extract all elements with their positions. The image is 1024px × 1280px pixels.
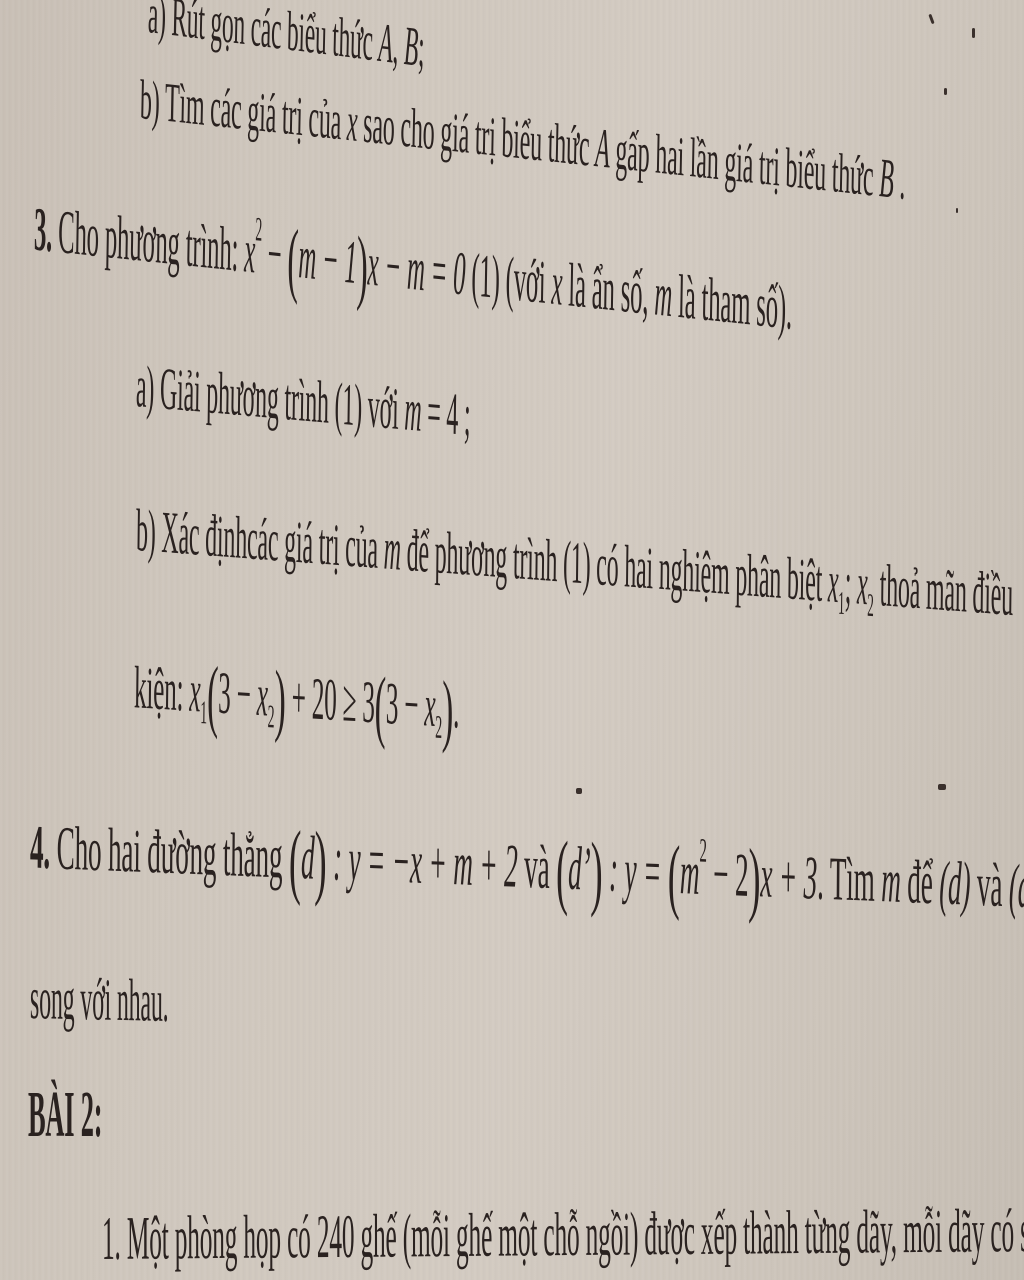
punctuation: ; [417, 17, 425, 80]
line-text: để phương trình (1) có hai nghiệm phân b… [400, 517, 828, 615]
left-paren: ( [207, 650, 219, 741]
problem-number: 4. [30, 813, 51, 882]
equation-op: − [261, 219, 288, 290]
var-b: B [879, 147, 895, 210]
equation-label: (1) [465, 241, 506, 313]
punctuation: . [893, 149, 906, 212]
right-paren: ) [590, 826, 603, 919]
line-d-prime: (d’) [1009, 852, 1024, 922]
paper-speck [576, 788, 582, 794]
var-m: m [404, 376, 422, 443]
line-text: 1. Một phòng họp có 240 ghế (mỗi ghế một… [102, 1197, 1024, 1273]
var-m: m [680, 839, 700, 908]
part-b-find-x-line: b) Tìm các giá trị của x sao cho giá trị… [139, 72, 905, 209]
line-text: sao cho giá trị biểu thức [357, 92, 596, 179]
var-x2: x [857, 551, 868, 618]
part-a-simplify-line: a) Rút gọn các biểu thức A, B; [147, 0, 425, 76]
var-m: m [654, 260, 673, 330]
problem-4-statement: 4. Cho hai đường thẳng (d) : y = −x + m … [30, 808, 1024, 935]
problem-3-statement: 3. Cho phương trình: x2 − (m − 1)x − m =… [33, 190, 792, 353]
paper-speck [972, 28, 975, 38]
section-heading: BÀI 2: [28, 1082, 102, 1148]
var-x1: x [828, 548, 839, 615]
line-text: kiện: [134, 654, 190, 723]
equation-rest: x − m = 0 [367, 230, 466, 308]
equation-d-prime: : y = [602, 836, 668, 907]
conjunction: và [970, 851, 1009, 921]
left-paren: ( [287, 212, 299, 306]
paper-speck [956, 208, 958, 213]
right-paren: ) [274, 654, 286, 745]
var-m: m [881, 847, 901, 916]
right-paren: ) [748, 832, 761, 925]
inequality: + 20 ≥ 3 [285, 664, 375, 736]
line-text: để [900, 848, 939, 918]
note-text: là ẩn số, [562, 251, 655, 329]
note-text: (với [505, 245, 552, 318]
paper-speck [928, 14, 934, 24]
equation-var: x [244, 217, 256, 286]
equation-inner: 3 − [386, 670, 425, 738]
line-text: Cho phương trình: [52, 197, 245, 285]
line-text: a) Giải phương trình (1) với [136, 353, 405, 442]
line-text: b) Tìm các giá trị của [139, 69, 347, 153]
var-b: B [403, 15, 419, 79]
separator: ; [844, 550, 857, 617]
note-text: là tham số). [672, 262, 793, 343]
equation-inner: 3 − [218, 660, 257, 728]
equation-inner: m − 1 [298, 223, 358, 297]
var-m: m [383, 515, 401, 582]
line-d: (d) [939, 849, 971, 918]
equation-inner: − 2 [706, 840, 748, 910]
left-paren: ( [289, 814, 302, 907]
var-x2: x [424, 672, 436, 739]
line-d-prime: d’ [568, 835, 591, 904]
bai-2-problem-1: 1. Một phòng họp có 240 ghế (mỗi ghế một… [102, 1200, 1024, 1270]
problem-3b-condition: kiện: x1(3 − x2) + 20 ≥ 3(3 − x2). [134, 650, 460, 751]
var-x2: x [256, 662, 268, 729]
problem-number: 3. [33, 195, 52, 265]
var-x1: x [189, 658, 201, 725]
equation-rest: x + 3 [760, 842, 817, 912]
line-text: . Tìm [817, 845, 882, 916]
line-text: b) Xác địnhcác giá trị của [136, 497, 384, 581]
heading-text: BÀI 2: [28, 1078, 102, 1151]
var-a: A [595, 117, 611, 180]
line-text: a) Rút gọn các biểu thức [147, 0, 379, 74]
left-paren: ( [556, 824, 569, 917]
right-paren: ) [442, 664, 454, 755]
line-text: gấp hai lần giá trị biểu thức [609, 119, 880, 209]
punctuation: . [453, 674, 460, 740]
line-text: song với nhau. [30, 965, 169, 1034]
problem-3b: b) Xác địnhcác giá trị của m để phương t… [136, 500, 1014, 634]
problem-4-continuation: song với nhau. [30, 968, 169, 1031]
equation-d: : y = −x + m + 2 [326, 825, 518, 901]
left-paren: ( [667, 829, 680, 922]
problem-3a: a) Giải phương trình (1) với m = 4 ; [136, 356, 471, 445]
paper-speck [944, 88, 947, 95]
conjunction: và [517, 833, 556, 903]
line-text: Cho hai đường thẳng [50, 814, 290, 891]
right-paren: ) [314, 815, 327, 908]
line-text: thoả mãn điều [874, 552, 1014, 628]
line-text: = 4 ; [421, 378, 471, 448]
right-paren: ) [356, 219, 368, 313]
line-d: d [301, 824, 315, 893]
paper-speck [938, 784, 946, 790]
left-paren: ( [374, 660, 386, 751]
